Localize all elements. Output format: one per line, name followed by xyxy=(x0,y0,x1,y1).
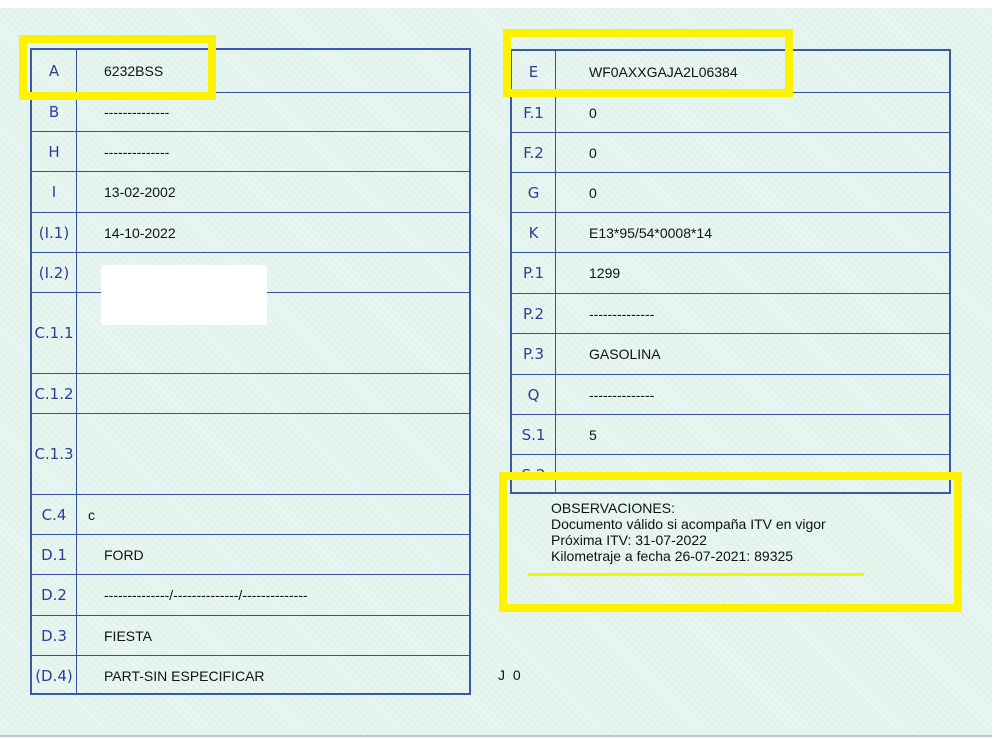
field-value: -------------- xyxy=(104,132,169,171)
field-code: I xyxy=(32,172,76,212)
footer-code: J 0 xyxy=(498,667,523,683)
field-code: P.2 xyxy=(512,294,555,333)
table-row: P.3GASOLINA xyxy=(512,333,949,374)
field-code: (D.4) xyxy=(32,656,76,695)
highlight-box-vin xyxy=(503,29,793,97)
table-row: Q-------------- xyxy=(512,374,949,414)
field-value: 0 xyxy=(589,173,597,212)
highlight-box-plate xyxy=(19,35,216,100)
field-code: F.2 xyxy=(512,133,555,172)
field-value: 0 xyxy=(589,133,597,172)
field-value: 13-02-2002 xyxy=(104,172,176,212)
field-code: D.2 xyxy=(32,575,76,615)
left-fields-table: A6232BSSB--------------H--------------I1… xyxy=(30,48,471,695)
field-code: Q xyxy=(512,375,555,414)
table-row: (D.4)PART-SIN ESPECIFICAR xyxy=(32,655,469,695)
table-row: C.1.3 xyxy=(32,413,469,494)
field-value: c xyxy=(88,495,95,534)
field-code: P.1 xyxy=(512,253,555,293)
field-value: 14-10-2022 xyxy=(104,213,176,252)
table-row: C.1.2 xyxy=(32,373,469,413)
field-code: H xyxy=(32,132,76,171)
field-code: G xyxy=(512,173,555,212)
field-value: -------------- xyxy=(589,375,654,414)
table-row: KE13*95/54*0008*14 xyxy=(512,212,949,252)
field-code: (I.2) xyxy=(32,253,76,292)
table-row: P.11299 xyxy=(512,252,949,293)
table-row: F.20 xyxy=(512,132,949,172)
field-value: FORD xyxy=(104,535,144,574)
table-row: (I.1)14-10-2022 xyxy=(32,212,469,252)
table-row: D.2--------------/--------------/-------… xyxy=(32,574,469,615)
field-value: -------------- xyxy=(589,294,654,333)
field-value: --------------/--------------/----------… xyxy=(104,575,308,615)
field-value: GASOLINA xyxy=(589,334,661,374)
table-row: C.4c xyxy=(32,494,469,534)
field-value: E13*95/54*0008*14 xyxy=(589,213,712,252)
table-row: D.1FORD xyxy=(32,534,469,574)
field-value: 1299 xyxy=(589,253,620,293)
field-code: P.3 xyxy=(512,334,555,374)
field-code: C.4 xyxy=(32,495,76,534)
field-value: 5 xyxy=(589,415,597,454)
field-value: FIESTA xyxy=(104,616,152,655)
field-value: 0 xyxy=(589,93,597,132)
table-row: D.3FIESTA xyxy=(32,615,469,655)
field-code: D.1 xyxy=(32,535,76,574)
table-row: F.10 xyxy=(512,92,949,132)
right-fields-table: EWF0AXXGAJA2L06384F.10F.20G0KE13*95/54*0… xyxy=(510,49,951,494)
field-code: C.1.3 xyxy=(32,414,76,494)
field-code: K xyxy=(512,213,555,252)
table-row: G0 xyxy=(512,172,949,212)
table-row: P.2-------------- xyxy=(512,293,949,333)
table-row: S.15 xyxy=(512,414,949,454)
table-row: I13-02-2002 xyxy=(32,171,469,212)
highlight-box-observations xyxy=(499,472,962,612)
redacted-area xyxy=(101,265,267,325)
field-code: C.1.2 xyxy=(32,374,76,413)
table-row: H-------------- xyxy=(32,131,469,171)
field-code: D.3 xyxy=(32,616,76,655)
field-code: C.1.1 xyxy=(32,293,76,373)
field-code: (I.1) xyxy=(32,213,76,252)
field-code: F.1 xyxy=(512,93,555,132)
field-code: S.1 xyxy=(512,415,555,454)
field-value: PART-SIN ESPECIFICAR xyxy=(104,656,265,695)
